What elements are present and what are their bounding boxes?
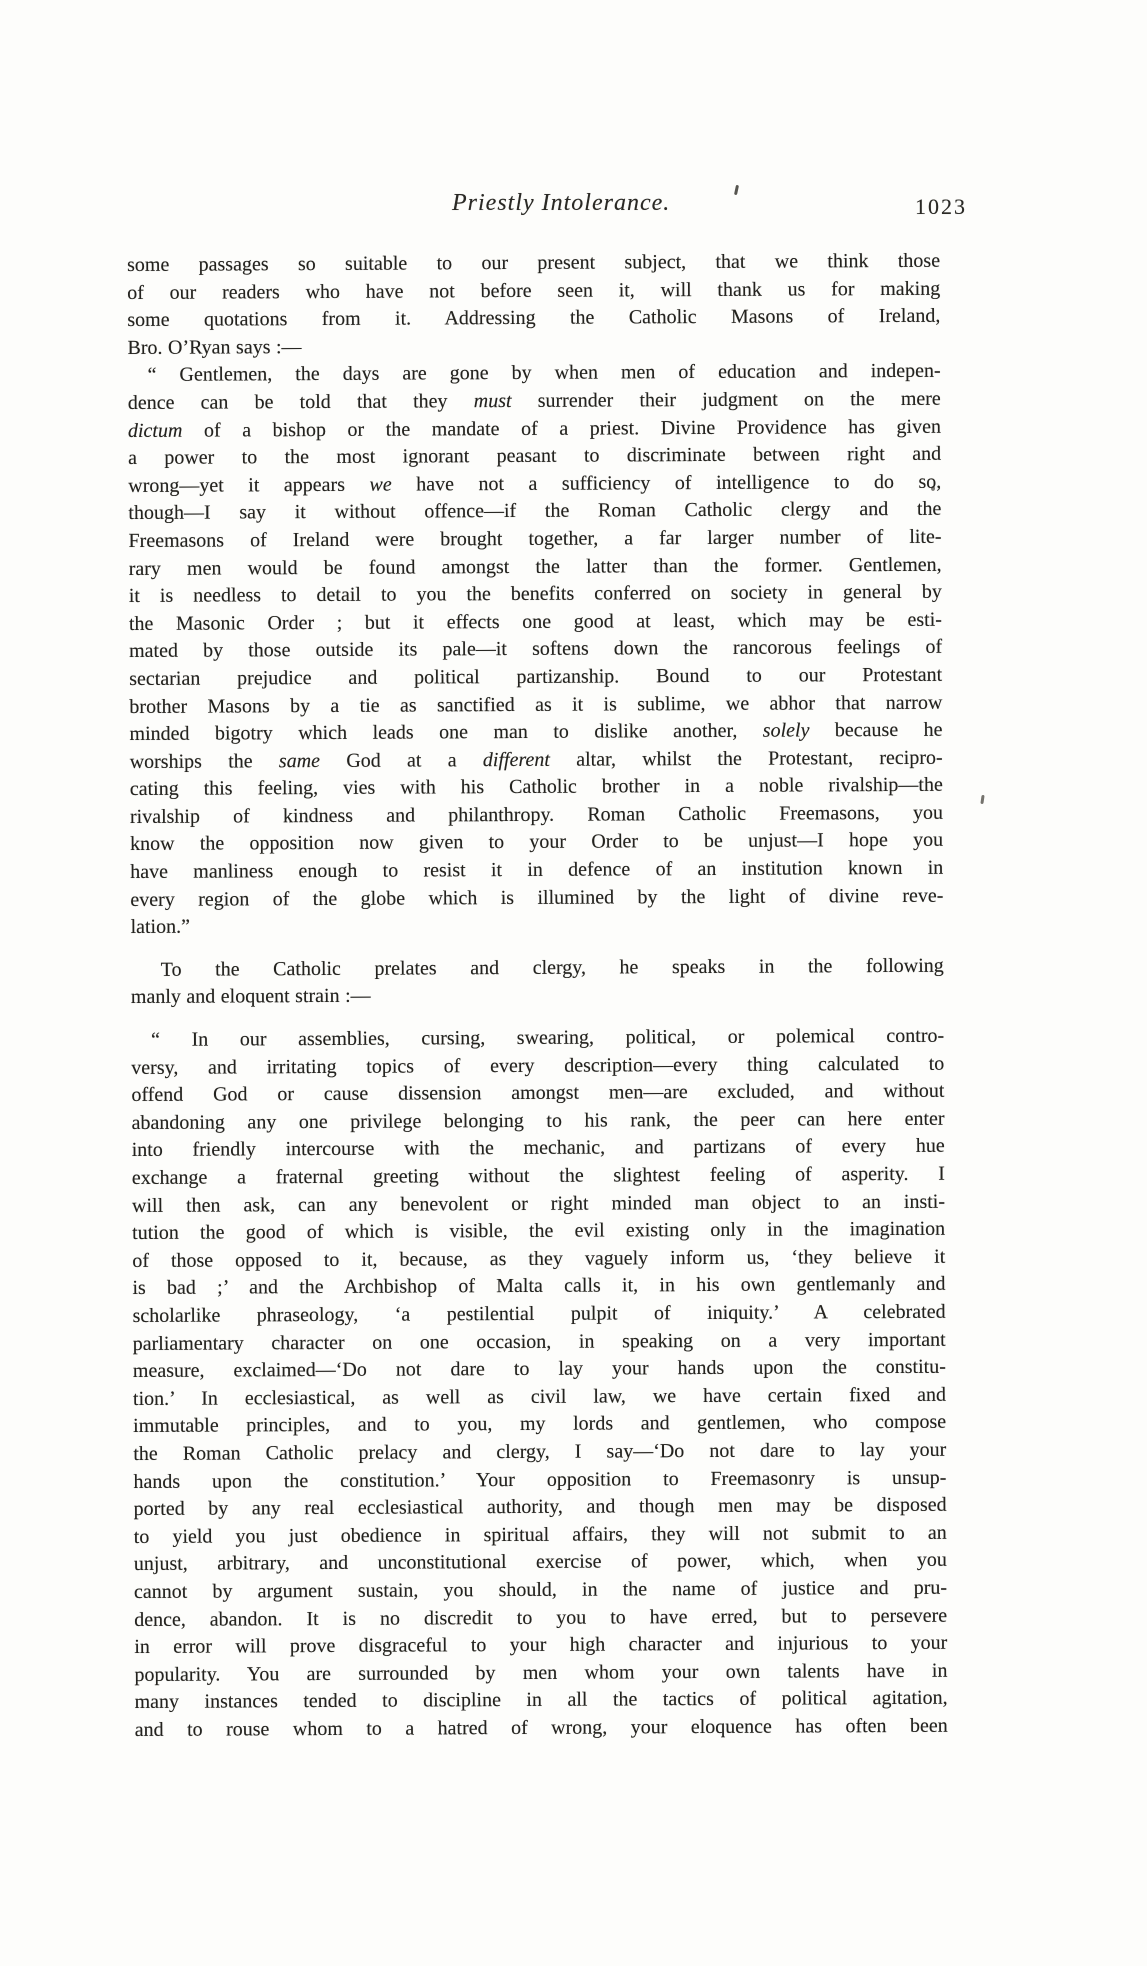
text-segment: scholarlike phraseology, ‘a pestilential… — [133, 1301, 946, 1327]
text-line: dictum of a bishop or the mandate of a p… — [128, 413, 941, 445]
text-line: to yield you just obedience in spiritual… — [134, 1519, 947, 1551]
text-line: cating this feeling, vies with his Catho… — [130, 772, 943, 804]
text-segment: manly and eloquent strain :— — [131, 985, 371, 1008]
text-line: abandoning any one privilege belonging t… — [131, 1106, 944, 1138]
text-segment: will then ask, can any benevolent or rig… — [132, 1190, 945, 1216]
italic-text: solely — [763, 720, 810, 742]
text-line: Bro. O’Ryan says :— — [127, 331, 940, 363]
text-line: minded bigotry which leads one man to di… — [129, 717, 942, 749]
scan-artifact — [980, 795, 984, 804]
text-line: rivalship of kindness and philanthropy. … — [130, 800, 943, 832]
text-line: measure, exclaimed—‘Do not dare to lay y… — [133, 1354, 946, 1386]
text-segment: and to rouse whom to a hatred of wrong, … — [135, 1715, 948, 1741]
text-line: tution the good of which is visible, the… — [132, 1216, 945, 1248]
text-segment: brother Masons by a tie as sanctified as… — [129, 691, 942, 717]
text-segment: a power to the most ignorant peasant to … — [128, 443, 941, 469]
text-segment: every region of the globe which is illum… — [130, 884, 943, 910]
text-line: in error will prove disgraceful to your … — [134, 1630, 947, 1662]
paragraph: “ In our assemblies, cursing, swearing, … — [131, 1023, 948, 1745]
text-segment: many instances tended to discipline in a… — [135, 1687, 948, 1713]
text-line: into friendly intercourse with the mecha… — [132, 1133, 945, 1165]
text-line: the Masonic Order ; but it effects one g… — [129, 606, 942, 638]
text-segment: measure, exclaimed—‘Do not dare to lay y… — [133, 1356, 946, 1382]
text-line: some quotations from it. Addressing the … — [127, 303, 940, 335]
text-segment: ported by any real ecclesiastical author… — [134, 1494, 947, 1520]
paragraph: “ Gentlemen, the days are gone by when m… — [128, 358, 944, 942]
text-line: exchange a fraternal greeting without th… — [132, 1161, 945, 1193]
text-segment: some passages so suitable to our present… — [127, 250, 940, 276]
scanned-book-page: Priestly Intolerance. 1023 some passages… — [0, 0, 1147, 1966]
text-segment: is bad ;’ and the Archbishop of Malta ca… — [132, 1273, 945, 1299]
text-segment: mated by those outside its pale—it softe… — [129, 636, 942, 662]
text-segment: sectarian prejudice and political partiz… — [129, 664, 942, 690]
text-segment: rivalship of kindness and philanthropy. … — [130, 802, 943, 828]
text-line: many instances tended to discipline in a… — [135, 1685, 948, 1717]
text-line: versy, and irritating topics of every de… — [131, 1050, 944, 1082]
text-line: will then ask, can any benevolent or rig… — [132, 1188, 945, 1220]
text-line: though—I say it without offence—if the R… — [128, 496, 941, 528]
text-line: of our readers who have not before seen … — [127, 275, 940, 307]
text-segment: tion.’ In ecclesiastical, as well as civ… — [133, 1383, 946, 1409]
paragraph: some passages so suitable to our present… — [127, 248, 941, 363]
text-segment: Bro. O’Ryan says :— — [127, 336, 301, 359]
text-line: is bad ;’ and the Archbishop of Malta ca… — [132, 1271, 945, 1303]
paragraph: To the Catholic prelates and clergy, he … — [131, 953, 944, 1012]
text-segment: altar, whilst the Protestant, recipro- — [550, 746, 943, 770]
italic-text: must — [474, 390, 512, 412]
text-segment: offend God or cause dissension amongst m… — [131, 1080, 944, 1106]
text-segment: parliamentary character on one occasion,… — [133, 1328, 946, 1354]
text-line: dence can be told that they must surrend… — [128, 386, 941, 418]
text-segment: cating this feeling, vies with his Catho… — [130, 774, 943, 800]
text-segment: unjust, arbitrary, and unconstitutional … — [134, 1549, 947, 1575]
text-line: have manliness enough to resist it in de… — [130, 855, 943, 887]
text-line: “ In our assemblies, cursing, swearing, … — [131, 1023, 944, 1055]
text-line: worships the same God at a different alt… — [130, 744, 943, 776]
text-segment: of a bishop or the mandate of a priest. … — [182, 415, 941, 441]
text-line: the Roman Catholic prelacy and clergy, I… — [133, 1437, 946, 1469]
text-segment: the Roman Catholic prelacy and clergy, I… — [133, 1439, 946, 1465]
text-line: parliamentary character on one occasion,… — [133, 1326, 946, 1358]
text-line: Freemasons of Ireland were brought toget… — [128, 524, 941, 556]
text-segment: of our readers who have not before seen … — [127, 277, 940, 303]
italic-text: we — [369, 473, 391, 495]
text-segment: “ Gentlemen, the days are gone by when m… — [148, 360, 941, 386]
italic-text: different — [483, 748, 550, 770]
text-segment: dence can be told that they — [128, 390, 474, 414]
text-line: popularity. You are surrounded by men wh… — [134, 1657, 947, 1689]
text-line: sectarian prejudice and political partiz… — [129, 662, 942, 694]
text-segment: to yield you just obedience in spiritual… — [134, 1521, 947, 1547]
text-segment: exchange a fraternal greeting without th… — [132, 1163, 945, 1189]
text-segment: have not a sufficiency of intelligence t… — [392, 470, 942, 495]
text-line: of those opposed to it, because, as they… — [132, 1244, 945, 1276]
text-segment: versy, and irritating topics of every de… — [131, 1052, 944, 1078]
text-line: every region of the globe which is illum… — [130, 882, 943, 914]
page-number: 1023 — [915, 194, 967, 220]
italic-text: dictum — [128, 419, 183, 441]
text-segment: wrong—yet it appears — [128, 473, 369, 496]
text-segment: lation.” — [130, 916, 190, 938]
text-line: “ Gentlemen, the days are gone by when m… — [128, 358, 941, 390]
text-segment: cannot by argument sustain, you should, … — [134, 1577, 947, 1603]
text-segment: in error will prove disgraceful to your … — [134, 1632, 947, 1658]
text-segment: God at a — [320, 749, 483, 772]
text-segment: worships the — [130, 750, 279, 773]
text-segment: the Masonic Order ; but it effects one g… — [129, 608, 942, 634]
text-segment: into friendly intercourse with the mecha… — [132, 1135, 945, 1161]
text-segment: surrender their judgment on the mere — [511, 388, 940, 412]
text-line: lation.” — [130, 910, 943, 942]
text-segment: popularity. You are surrounded by men wh… — [134, 1659, 947, 1685]
text-segment: because he — [809, 719, 942, 742]
text-line: manly and eloquent strain :— — [131, 980, 944, 1012]
text-line: mated by those outside its pale—it softe… — [129, 634, 942, 666]
text-line: offend God or cause dissension amongst m… — [131, 1078, 944, 1110]
text-line: scholarlike phraseology, ‘a pestilential… — [133, 1299, 946, 1331]
text-segment: hands upon the constitution.’ Your oppos… — [133, 1466, 946, 1492]
text-line: hands upon the constitution.’ Your oppos… — [133, 1464, 946, 1496]
text-line: brother Masons by a tie as sanctified as… — [129, 689, 942, 721]
text-segment: rary men would be found amongst the latt… — [129, 553, 942, 579]
body-text: some passages so suitable to our present… — [127, 248, 948, 1745]
text-line: To the Catholic prelates and clergy, he … — [131, 953, 944, 985]
text-segment: To the Catholic prelates and clergy, he … — [161, 955, 944, 981]
text-line: rary men would be found amongst the latt… — [129, 551, 942, 583]
text-line: it is needless to detail to you the bene… — [129, 579, 942, 611]
text-line: immutable principles, and to you, my lor… — [133, 1409, 946, 1441]
text-segment: of those opposed to it, because, as they… — [132, 1246, 945, 1272]
text-segment: minded bigotry which leads one man to di… — [129, 720, 762, 745]
text-segment: it is needless to detail to you the bene… — [129, 581, 942, 607]
text-segment: some quotations from it. Addressing the … — [127, 305, 940, 331]
text-line: dence, abandon. It is no discredit to yo… — [134, 1602, 947, 1634]
text-line: a power to the most ignorant peasant to … — [128, 441, 941, 473]
text-line: ported by any real ecclesiastical author… — [134, 1492, 947, 1524]
text-line: and to rouse whom to a hatred of wrong, … — [135, 1713, 948, 1745]
scan-artifact — [734, 185, 739, 195]
text-segment: know the opposition now given to your Or… — [130, 829, 943, 855]
running-header-title: Priestly Intolerance. — [452, 190, 670, 217]
text-segment: Freemasons of Ireland were brought toget… — [128, 526, 941, 552]
italic-text: same — [279, 750, 320, 772]
text-line: unjust, arbitrary, and unconstitutional … — [134, 1547, 947, 1579]
text-segment: though—I say it without offence—if the R… — [128, 498, 941, 524]
text-segment: immutable principles, and to you, my lor… — [133, 1411, 946, 1437]
text-line: know the opposition now given to your Or… — [130, 827, 943, 859]
text-line: tion.’ In ecclesiastical, as well as civ… — [133, 1381, 946, 1413]
text-segment: dence, abandon. It is no discredit to yo… — [134, 1604, 947, 1630]
text-segment: abandoning any one privilege belonging t… — [132, 1108, 945, 1134]
text-line: some passages so suitable to our present… — [127, 248, 940, 280]
text-segment: have manliness enough to resist it in de… — [130, 857, 943, 883]
text-line: cannot by argument sustain, you should, … — [134, 1575, 947, 1607]
text-line: wrong—yet it appears we have not a suffi… — [128, 468, 941, 500]
text-segment: tution the good of which is visible, the… — [132, 1218, 945, 1244]
text-segment: “ In our assemblies, cursing, swearing, … — [151, 1025, 944, 1051]
